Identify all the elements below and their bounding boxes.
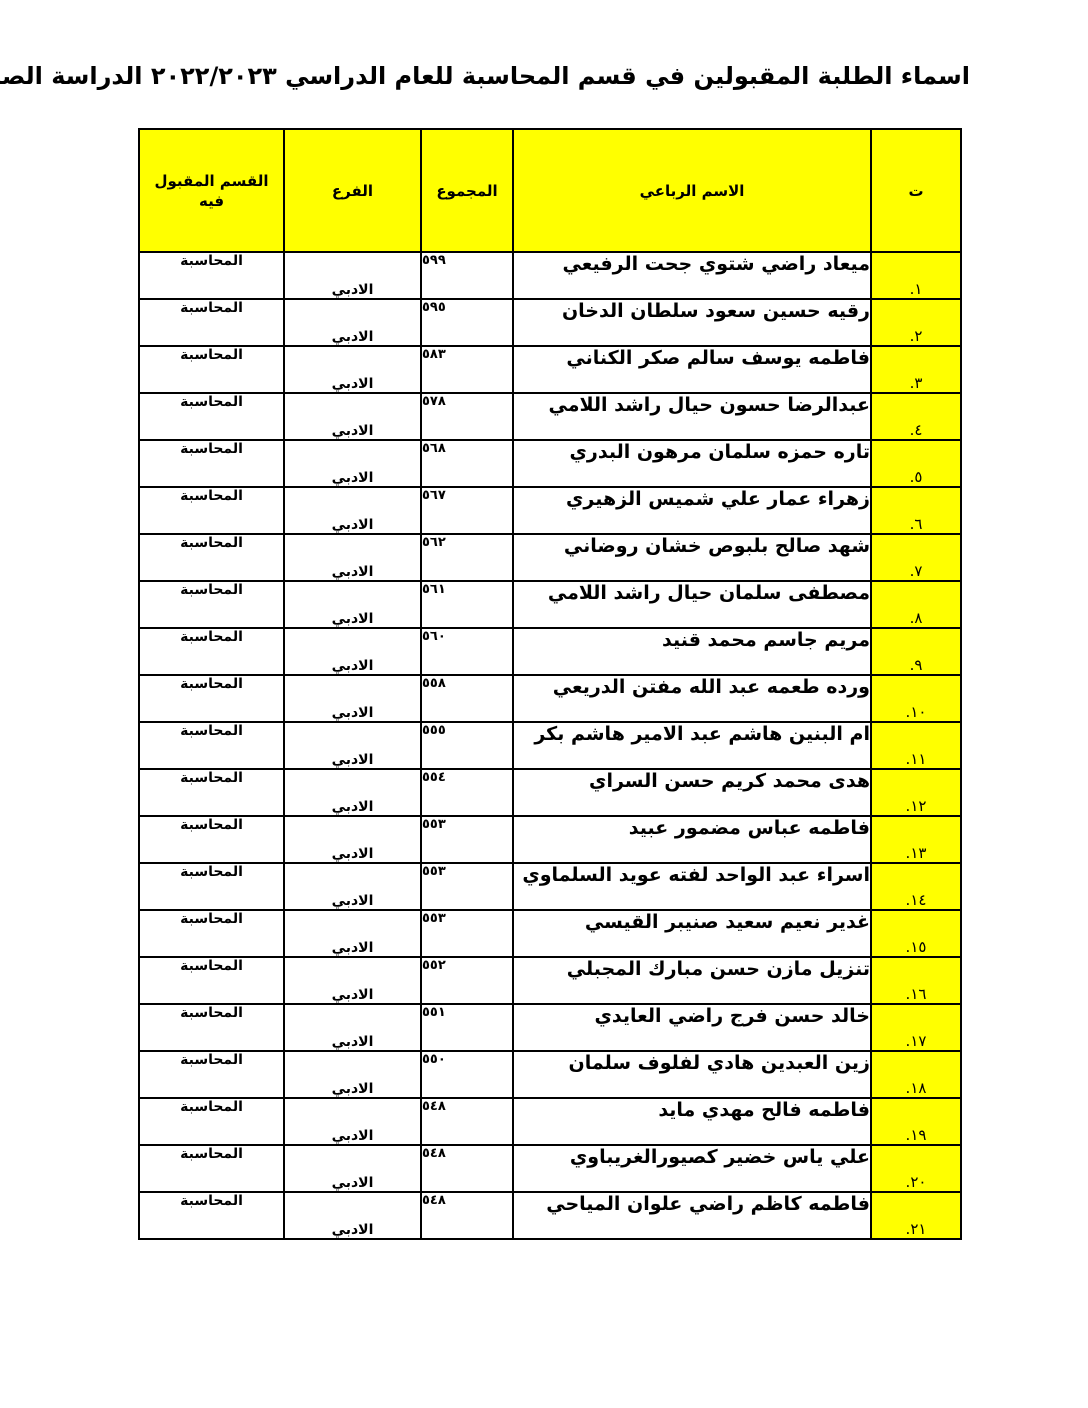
table-row: ٤.عبدالرضا حسون حيال راشد اللامي٥٧٨الادب… bbox=[139, 393, 961, 440]
cell-total: ٥٩٩ bbox=[421, 252, 513, 299]
table-row: ٨.مصطفى سلمان حيال راشد اللامي٥٦١الادبيا… bbox=[139, 581, 961, 628]
table-row: ١٢.هدى محمد كريم حسن السراي٥٥٤الادبيالمح… bbox=[139, 769, 961, 816]
header-index: ت bbox=[871, 129, 961, 252]
cell-dept: المحاسبة bbox=[139, 299, 284, 346]
table-row: ١٣.فاطمه عباس مضمور عبيد٥٥٣الادبيالمحاسب… bbox=[139, 816, 961, 863]
table-row: ١.ميعاد راضي شتوي جحت الرفيعي٥٩٩الادبيال… bbox=[139, 252, 961, 299]
cell-total: ٥٤٨ bbox=[421, 1145, 513, 1192]
header-total: المجموع bbox=[421, 129, 513, 252]
table-row: ٧.شهد صالح بلبوص خشان روضاني٥٦٢الادبيالم… bbox=[139, 534, 961, 581]
cell-total: ٥٥٠ bbox=[421, 1051, 513, 1098]
cell-index: ١٤. bbox=[871, 863, 961, 910]
cell-branch: الادبي bbox=[284, 769, 421, 816]
cell-index: ٢٠. bbox=[871, 1145, 961, 1192]
table-row: ٥.تاره حمزه سلمان مرهون البدري٥٦٨الادبيا… bbox=[139, 440, 961, 487]
table-row: ١٤.اسراء عبد الواحد لفته عويد السلماوي٥٥… bbox=[139, 863, 961, 910]
cell-branch: الادبي bbox=[284, 299, 421, 346]
cell-total: ٥٤٨ bbox=[421, 1098, 513, 1145]
table-row: ٢١.فاطمه كاظم راضي علوان المياحي٥٤٨الادب… bbox=[139, 1192, 961, 1239]
cell-branch: الادبي bbox=[284, 487, 421, 534]
cell-name: هدى محمد كريم حسن السراي bbox=[513, 769, 871, 816]
cell-name: عبدالرضا حسون حيال راشد اللامي bbox=[513, 393, 871, 440]
cell-branch: الادبي bbox=[284, 910, 421, 957]
cell-index: ١. bbox=[871, 252, 961, 299]
cell-index: ٤. bbox=[871, 393, 961, 440]
cell-name: ميعاد راضي شتوي جحت الرفيعي bbox=[513, 252, 871, 299]
table-row: ١٩.فاطمه فالح مهدي مايد٥٤٨الادبيالمحاسبة bbox=[139, 1098, 961, 1145]
cell-dept: المحاسبة bbox=[139, 957, 284, 1004]
cell-dept: المحاسبة bbox=[139, 1051, 284, 1098]
cell-dept: المحاسبة bbox=[139, 346, 284, 393]
cell-total: ٥٦١ bbox=[421, 581, 513, 628]
cell-name: مريم جاسم محمد قنيد bbox=[513, 628, 871, 675]
cell-total: ٥٨٣ bbox=[421, 346, 513, 393]
cell-total: ٥٤٨ bbox=[421, 1192, 513, 1239]
cell-name: مصطفى سلمان حيال راشد اللامي bbox=[513, 581, 871, 628]
cell-branch: الادبي bbox=[284, 1145, 421, 1192]
cell-name: زهراء عمار علي شميس الزهيري bbox=[513, 487, 871, 534]
cell-branch: الادبي bbox=[284, 628, 421, 675]
cell-name: اسراء عبد الواحد لفته عويد السلماوي bbox=[513, 863, 871, 910]
cell-name: تنزيل مازن حسن مبارك المجبلي bbox=[513, 957, 871, 1004]
cell-index: ٧. bbox=[871, 534, 961, 581]
cell-name: رقيه حسين سعود سلطان الدخان bbox=[513, 299, 871, 346]
cell-branch: الادبي bbox=[284, 816, 421, 863]
cell-total: ٥٥١ bbox=[421, 1004, 513, 1051]
cell-dept: المحاسبة bbox=[139, 487, 284, 534]
cell-index: ١٠. bbox=[871, 675, 961, 722]
table-row: ٦.زهراء عمار علي شميس الزهيري٥٦٧الادبيال… bbox=[139, 487, 961, 534]
cell-name: ورده طعمه عبد الله مفتن الدريعي bbox=[513, 675, 871, 722]
cell-branch: الادبي bbox=[284, 675, 421, 722]
header-row: ت الاسم الرباعي المجموع الفرع القسم المق… bbox=[139, 129, 961, 252]
cell-name: شهد صالح بلبوص خشان روضاني bbox=[513, 534, 871, 581]
table-row: ١٨.زين العبدين هادي لفلوف سلمان٥٥٠الادبي… bbox=[139, 1051, 961, 1098]
cell-total: ٥٦٠ bbox=[421, 628, 513, 675]
cell-dept: المحاسبة bbox=[139, 628, 284, 675]
cell-branch: الادبي bbox=[284, 252, 421, 299]
cell-total: ٥٥٤ bbox=[421, 769, 513, 816]
cell-index: ١٦. bbox=[871, 957, 961, 1004]
cell-total: ٥٩٥ bbox=[421, 299, 513, 346]
cell-dept: المحاسبة bbox=[139, 816, 284, 863]
cell-dept: المحاسبة bbox=[139, 769, 284, 816]
cell-total: ٥٥٣ bbox=[421, 910, 513, 957]
cell-dept: المحاسبة bbox=[139, 675, 284, 722]
table-row: ٢٠.علي ياس خضير كصيورالغريباوي٥٤٨الادبيا… bbox=[139, 1145, 961, 1192]
cell-branch: الادبي bbox=[284, 393, 421, 440]
table-row: ١٦.تنزيل مازن حسن مبارك المجبلي٥٥٢الادبي… bbox=[139, 957, 961, 1004]
cell-dept: المحاسبة bbox=[139, 863, 284, 910]
cell-branch: الادبي bbox=[284, 346, 421, 393]
cell-name: ام البنين هاشم عبد الامير هاشم بكر bbox=[513, 722, 871, 769]
cell-total: ٥٦٧ bbox=[421, 487, 513, 534]
cell-dept: المحاسبة bbox=[139, 722, 284, 769]
cell-index: ٥. bbox=[871, 440, 961, 487]
header-dept: القسم المقبول فيه bbox=[139, 129, 284, 252]
cell-total: ٥٧٨ bbox=[421, 393, 513, 440]
cell-branch: الادبي bbox=[284, 722, 421, 769]
cell-dept: المحاسبة bbox=[139, 534, 284, 581]
cell-index: ٩. bbox=[871, 628, 961, 675]
cell-index: ٣. bbox=[871, 346, 961, 393]
table-row: ٢.رقيه حسين سعود سلطان الدخان٥٩٥الادبيال… bbox=[139, 299, 961, 346]
cell-branch: الادبي bbox=[284, 1098, 421, 1145]
cell-dept: المحاسبة bbox=[139, 581, 284, 628]
cell-total: ٥٥٣ bbox=[421, 816, 513, 863]
cell-total: ٥٥٢ bbox=[421, 957, 513, 1004]
cell-dept: المحاسبة bbox=[139, 393, 284, 440]
table-row: ٩.مريم جاسم محمد قنيد٥٦٠الادبيالمحاسبة bbox=[139, 628, 961, 675]
cell-name: فاطمه كاظم راضي علوان المياحي bbox=[513, 1192, 871, 1239]
cell-index: ١٩. bbox=[871, 1098, 961, 1145]
cell-branch: الادبي bbox=[284, 581, 421, 628]
cell-name: فاطمه فالح مهدي مايد bbox=[513, 1098, 871, 1145]
cell-name: فاطمه عباس مضمور عبيد bbox=[513, 816, 871, 863]
cell-branch: الادبي bbox=[284, 1004, 421, 1051]
table-row: ١٥.غدير نعيم سعيد صنيبر القيسي٥٥٣الادبيا… bbox=[139, 910, 961, 957]
cell-name: خالد حسن فرج راضي العايدي bbox=[513, 1004, 871, 1051]
cell-index: ١٢. bbox=[871, 769, 961, 816]
cell-index: ٨. bbox=[871, 581, 961, 628]
table-row: ١١.ام البنين هاشم عبد الامير هاشم بكر٥٥٥… bbox=[139, 722, 961, 769]
cell-name: علي ياس خضير كصيورالغريباوي bbox=[513, 1145, 871, 1192]
cell-dept: المحاسبة bbox=[139, 440, 284, 487]
cell-branch: الادبي bbox=[284, 863, 421, 910]
cell-dept: المحاسبة bbox=[139, 910, 284, 957]
cell-index: ١٣. bbox=[871, 816, 961, 863]
students-table: ت الاسم الرباعي المجموع الفرع القسم المق… bbox=[138, 128, 962, 1240]
table-row: ٣.فاطمه يوسف سالم صكر الكناني٥٨٣الادبيال… bbox=[139, 346, 961, 393]
header-branch: الفرع bbox=[284, 129, 421, 252]
cell-index: ١٥. bbox=[871, 910, 961, 957]
cell-index: ١١. bbox=[871, 722, 961, 769]
cell-total: ٥٦٨ bbox=[421, 440, 513, 487]
header-name: الاسم الرباعي bbox=[513, 129, 871, 252]
cell-dept: المحاسبة bbox=[139, 1098, 284, 1145]
cell-dept: المحاسبة bbox=[139, 1192, 284, 1239]
cell-index: ٢١. bbox=[871, 1192, 961, 1239]
cell-total: ٥٥٣ bbox=[421, 863, 513, 910]
cell-index: ١٨. bbox=[871, 1051, 961, 1098]
cell-branch: الادبي bbox=[284, 534, 421, 581]
cell-branch: الادبي bbox=[284, 957, 421, 1004]
table-row: ١٧.خالد حسن فرج راضي العايدي٥٥١الادبيالم… bbox=[139, 1004, 961, 1051]
cell-index: ١٧. bbox=[871, 1004, 961, 1051]
cell-total: ٥٥٨ bbox=[421, 675, 513, 722]
cell-dept: المحاسبة bbox=[139, 1004, 284, 1051]
page-title: اسماء الطلبة المقبولين في قسم المحاسبة ل… bbox=[120, 62, 970, 90]
cell-dept: المحاسبة bbox=[139, 1145, 284, 1192]
cell-total: ٥٦٢ bbox=[421, 534, 513, 581]
cell-branch: الادبي bbox=[284, 440, 421, 487]
cell-total: ٥٥٥ bbox=[421, 722, 513, 769]
cell-name: زين العبدين هادي لفلوف سلمان bbox=[513, 1051, 871, 1098]
cell-name: غدير نعيم سعيد صنيبر القيسي bbox=[513, 910, 871, 957]
cell-index: ٢. bbox=[871, 299, 961, 346]
table-row: ١٠.ورده طعمه عبد الله مفتن الدريعي٥٥٨الا… bbox=[139, 675, 961, 722]
cell-branch: الادبي bbox=[284, 1051, 421, 1098]
cell-name: فاطمه يوسف سالم صكر الكناني bbox=[513, 346, 871, 393]
cell-dept: المحاسبة bbox=[139, 252, 284, 299]
cell-index: ٦. bbox=[871, 487, 961, 534]
cell-branch: الادبي bbox=[284, 1192, 421, 1239]
cell-name: تاره حمزه سلمان مرهون البدري bbox=[513, 440, 871, 487]
